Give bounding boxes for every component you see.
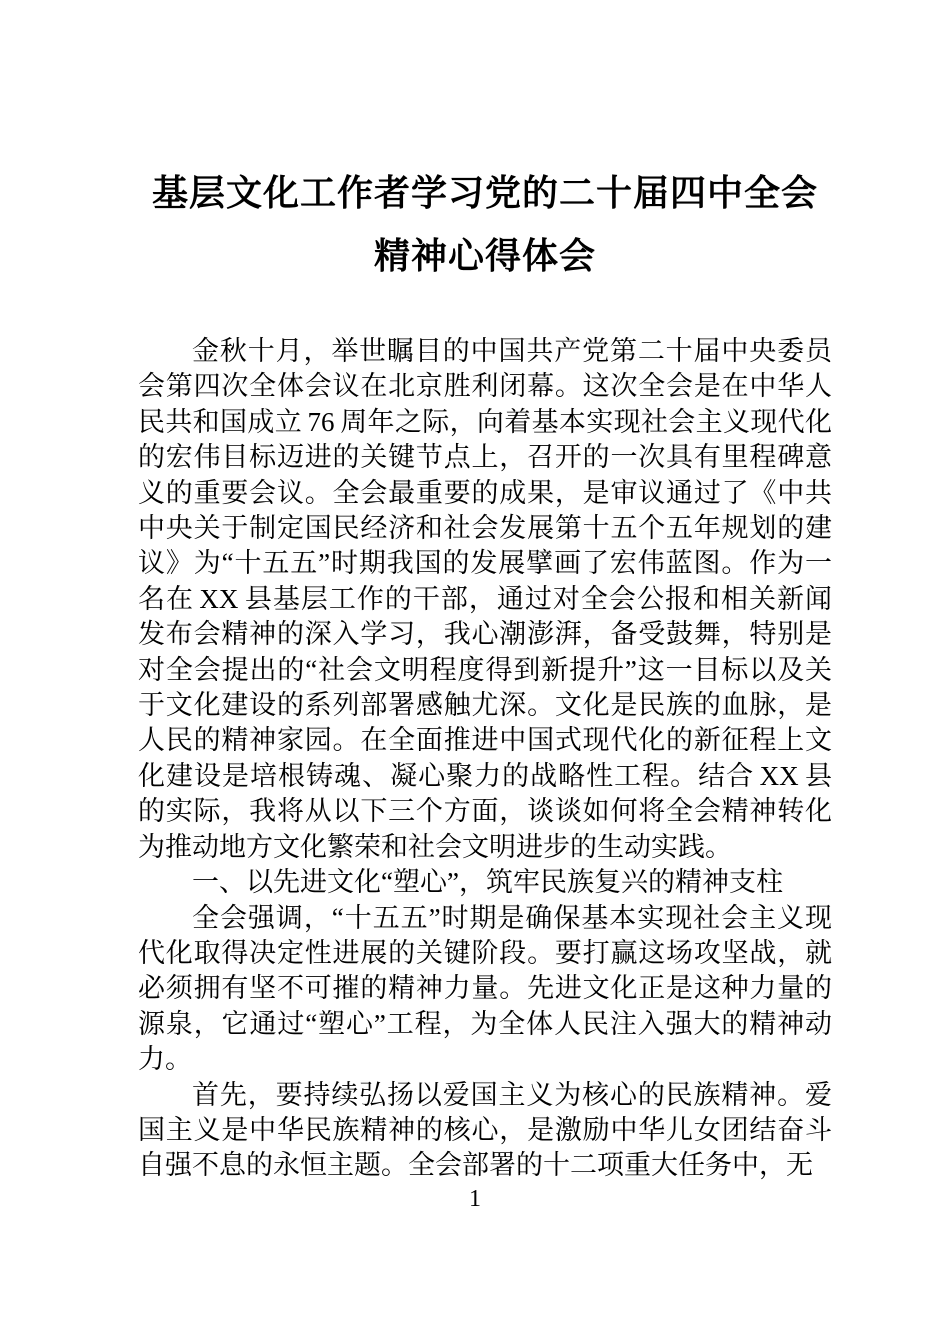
body-paragraph: 全会强调，“十五五”时期是确保基本实现社会主义现代化取得决定性进展的关键阶段。要… xyxy=(138,901,832,1078)
page-footer: 1 xyxy=(0,1184,950,1214)
title-line-1: 基层文化工作者学习党的二十届四中全会 xyxy=(138,162,832,225)
title-line-2: 精神心得体会 xyxy=(138,225,832,288)
document-page: 基层文化工作者学习党的二十届四中全会 精神心得体会 金秋十月，举世瞩目的中国共产… xyxy=(0,0,950,1344)
document-title: 基层文化工作者学习党的二十届四中全会 精神心得体会 xyxy=(138,162,832,288)
body-paragraph: 金秋十月，举世瞩目的中国共产党第二十届中央委员会第四次全体会议在北京胜利闭幕。这… xyxy=(138,334,832,865)
body-paragraph: 首先，要持续弘扬以爱国主义为核心的民族精神。爱国主义是中华民族精神的核心，是激励… xyxy=(138,1078,832,1184)
page-number: 1 xyxy=(469,1186,481,1212)
section-heading: 一、以先进文化“塑心”，筑牢民族复兴的精神支柱 xyxy=(138,865,832,900)
document-body: 金秋十月，举世瞩目的中国共产党第二十届中央委员会第四次全体会议在北京胜利闭幕。这… xyxy=(138,334,832,1184)
